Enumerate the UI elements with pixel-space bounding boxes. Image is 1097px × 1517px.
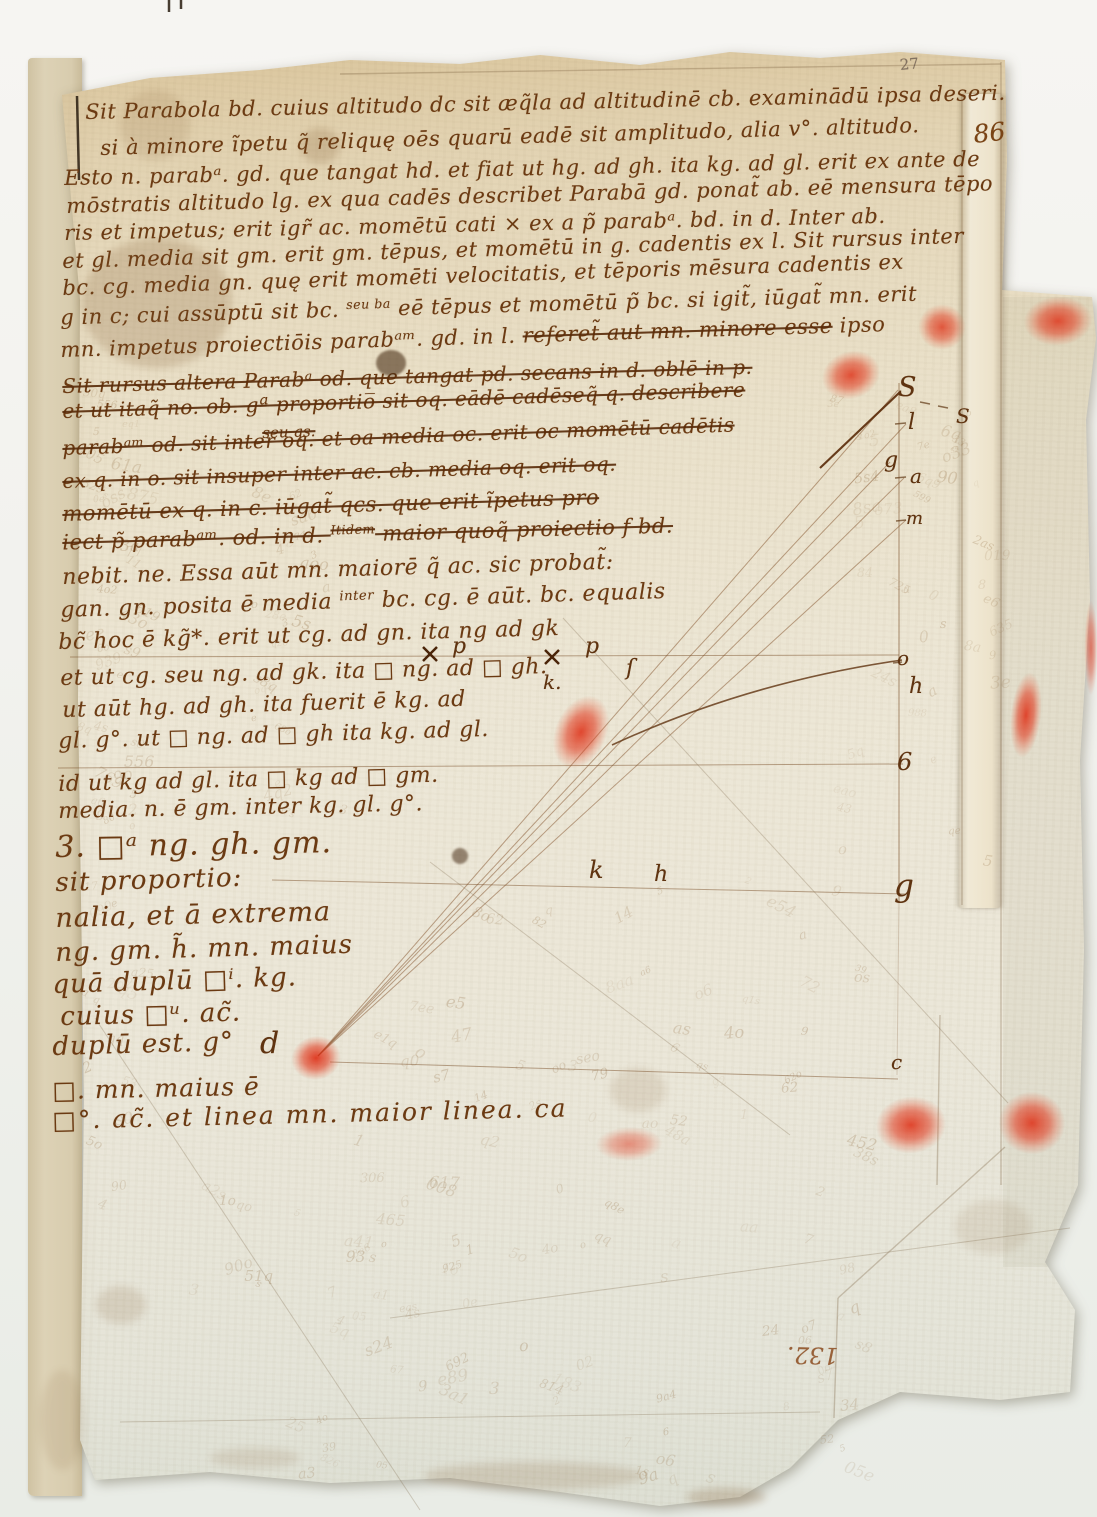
paper-tone-bottom — [0, 0, 1097, 1517]
paper-tone-top — [0, 0, 1097, 1517]
paper-sheet-wrap — [0, 0, 1097, 1517]
paper-texture — [0, 0, 1097, 1517]
paper-underlayer-shade — [1003, 297, 1097, 1267]
manuscript-page-photo: 9o526252eoq530qq90769a875eoss0995564s993… — [0, 0, 1097, 1517]
paper-sheet — [0, 0, 1097, 1517]
paper-tone-left — [0, 0, 1097, 1517]
folded-paper-strip — [959, 94, 1004, 908]
